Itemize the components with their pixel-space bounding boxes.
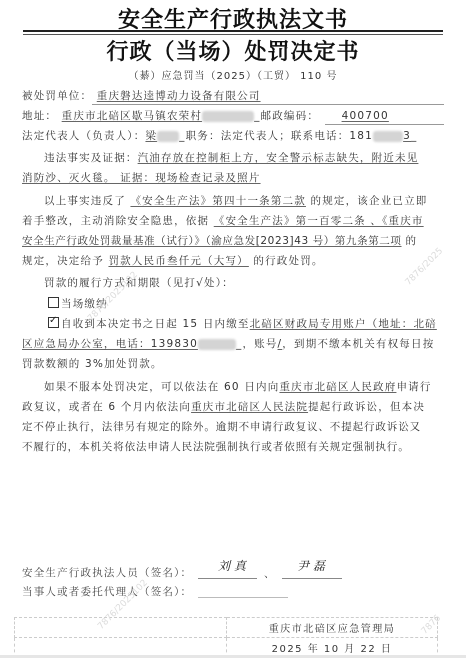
violation-text: 的行政处罚。 [253,255,323,267]
violation-row-1: 以上事实违反了 《安全生产法》第四十一条第二款 的规定，该企业已立即 [22,194,446,208]
phone-suffix: 3 [403,130,411,142]
account-payment-checkbox[interactable] [48,317,59,328]
payment-text: 自收到本决定书之日起 15 日内缴至 [61,318,250,330]
appeal-text: 如果不服本处罚决定，可以依法在 60 日内向 [22,381,279,393]
penalized-unit-value: 重庆磐达逵博动力设备有限公司 [97,90,261,102]
violation-row-2: 着手整改，主动消除安全隐患，依据 《安全生产法》第一百零二条 、《重庆市 [22,214,446,228]
review-authority: 重庆市北碚区人民政府 [279,381,396,393]
payment-contact: 区应急局办公室，电话：139830 [22,338,198,350]
officer-signature-2: 尹 磊 [297,557,325,574]
onsite-payment-label: 当场缴纳 [61,298,108,310]
signature-separator: 、 [264,566,276,581]
payment-option-onsite: 当场缴纳 [22,297,446,311]
postal-code-label: 邮政编码： [261,110,320,122]
document-title: 行政（当场）处罚决定书 [0,35,466,66]
officer-signature-line-2 [282,578,342,579]
postal-code-value: 400700 [324,110,397,122]
payment-text: ，到期不缴本机关有权每日按 [282,338,434,350]
penalized-unit-label: 被处罚单位： [22,90,92,102]
legal-basis-cont: 安全生产行政处罚裁量基准（试行）》（渝应急发[2023]43 号）第九条第二项 [22,235,402,247]
document-number: （綦）应急罚当（2025）（工贸） 110 号 [0,67,466,82]
payment-option-account-row-1: 自收到本决定书之日起 15 日内缴至北碚区财政局专用账户（地址：北碚 [22,317,446,331]
issuer-blank-cell [15,618,227,638]
address-value: 重庆市北碚区歇马镇农荣村 [62,110,202,122]
payment-heading: 罚款的履行方式和期限（见打√处）： [22,277,234,289]
facts-label: 违法事实及证据： [22,152,138,164]
appeal-text: 申请行 [396,381,431,393]
unit-underline [92,104,444,105]
facts-text-1: 汽油存放在控制柜上方，安全警示标志缺失，附近未见 [138,152,419,164]
violation-text: 以上事实违反了 [22,195,126,207]
officer-signature-line-1 [198,578,257,579]
appeal-row-4: 不履行的，本机关将依法申请人民法院强制执行或者依照有关规定强制执行。 [22,440,446,454]
redacted-phone [373,131,403,142]
position-label: 职务： [186,130,221,142]
legal-rep-label: 法定代表人（负责人）： [22,130,145,142]
legal-rep-value: 梁 [145,130,157,142]
redacted-address [202,111,254,122]
facts-row-1: 违法事实及证据：汽油存放在控制柜上方，安全警示标志缺失，附近未见 [22,151,446,165]
position-value: 法定代表人 [221,130,280,142]
appeal-text: 定不停止执行，法律另有规定的除外。逾期不申请行政复议、不提起行政诉讼又 [22,421,421,433]
appeal-row-2: 政复议，或者在 6 个月内依法向重庆市北碚区人民法院提起行政诉讼，但本决 [22,400,446,414]
facts-row-2: 消防沙、灭火毯。 证据：现场检查记录及照片 [22,171,446,185]
payment-option-account-row-2: 区应急局办公室，电话：139830_，账号/，到期不缴本机关有权每日按 [22,337,446,351]
postal-underline [325,124,444,125]
party-signature-label: 当事人或者委托代理人（签名）： [22,584,192,599]
court: 重庆市北碚区人民法院 [191,401,308,413]
violation-text: 规定，决定给予 [22,255,104,267]
redacted-name [157,131,179,142]
payment-heading-row: 罚款的履行方式和期限（见打√处）： [22,276,446,290]
payment-text: 罚款数额的 3%加处罚款。 [22,358,163,370]
phone-prefix: 181 [349,130,373,142]
document-page: 安全生产行政执法文书 行政（当场）处罚决定书 （綦）应急罚当（2025）（工贸）… [0,0,466,658]
address-row: 地址： 重庆市北碚区歇马镇农荣村_邮政编码： 400700 [22,109,446,123]
facts-text-2: 消防沙、灭火毯。 证据：现场检查记录及照片 [22,172,261,184]
legal-basis: 《安全生产法》第一百零二条 、《重庆市 [214,215,424,227]
violation-text: 的 [405,235,416,247]
appeal-text: 不履行的，本机关将依法申请人民法院强制执行或者依照有关规定强制执行。 [22,441,410,453]
violation-row-3: 安全生产行政处罚裁量基准（试行）》（渝应急发[2023]43 号）第九条第二项 … [22,234,446,248]
penalty-amount: 罚款人民币叁仟元（大写） [108,255,248,267]
appeal-row-3: 定不停止执行，法律另有规定的除外。逾期不申请行政复议、不提起行政诉讼又 [22,420,446,434]
payment-account: 北碚区财政局专用账户（地址：北碚 [250,318,437,330]
violation-text: 着手整改，主动消除安全隐患，依据 [22,215,209,227]
violation-row-4: 规定，决定给予 罚款人民币叁仟元（大写） 的行政处罚。 [22,254,446,268]
officer-signature-label: 安全生产行政执法人员（签名）： [22,565,192,580]
appeal-row-1: 如果不服本处罚决定，可以依法在 60 日内向重庆市北碚区人民政府申请行 [22,380,446,394]
violated-law: 《安全生产法》第四十一条第二款 [130,195,306,207]
payment-text: ，账号 [242,338,277,350]
payment-option-account-row-3: 罚款数额的 3%加处罚款。 [22,357,446,371]
issuing-agency: 重庆市北碚区应急管理局 [227,618,438,638]
penalized-unit-row: 被处罚单位： 重庆磐达逵博动力设备有限公司 [22,89,446,103]
appeal-text: 政复议，或者在 6 个月内依法向 [22,401,191,413]
issuer-table: 重庆市北碚区应急管理局 2025 年 10 月 22 日 [14,617,438,658]
officer-signature-1: 刘 真 [218,557,246,574]
phone-label: 联系电话： [291,130,350,142]
party-signature-line [198,597,288,598]
onsite-payment-checkbox[interactable] [48,297,59,308]
address-label: 地址： [22,110,57,122]
legal-representative-row: 法定代表人（负责人）：梁_职务：法定代表人；联系电话：1813_ [22,129,446,143]
redacted-phone [198,339,236,350]
appeal-text: 提起行政诉讼，但本决 [308,401,425,413]
title-divider-thick [23,30,443,32]
violation-text: 的规定，该企业已立即 [311,195,428,207]
